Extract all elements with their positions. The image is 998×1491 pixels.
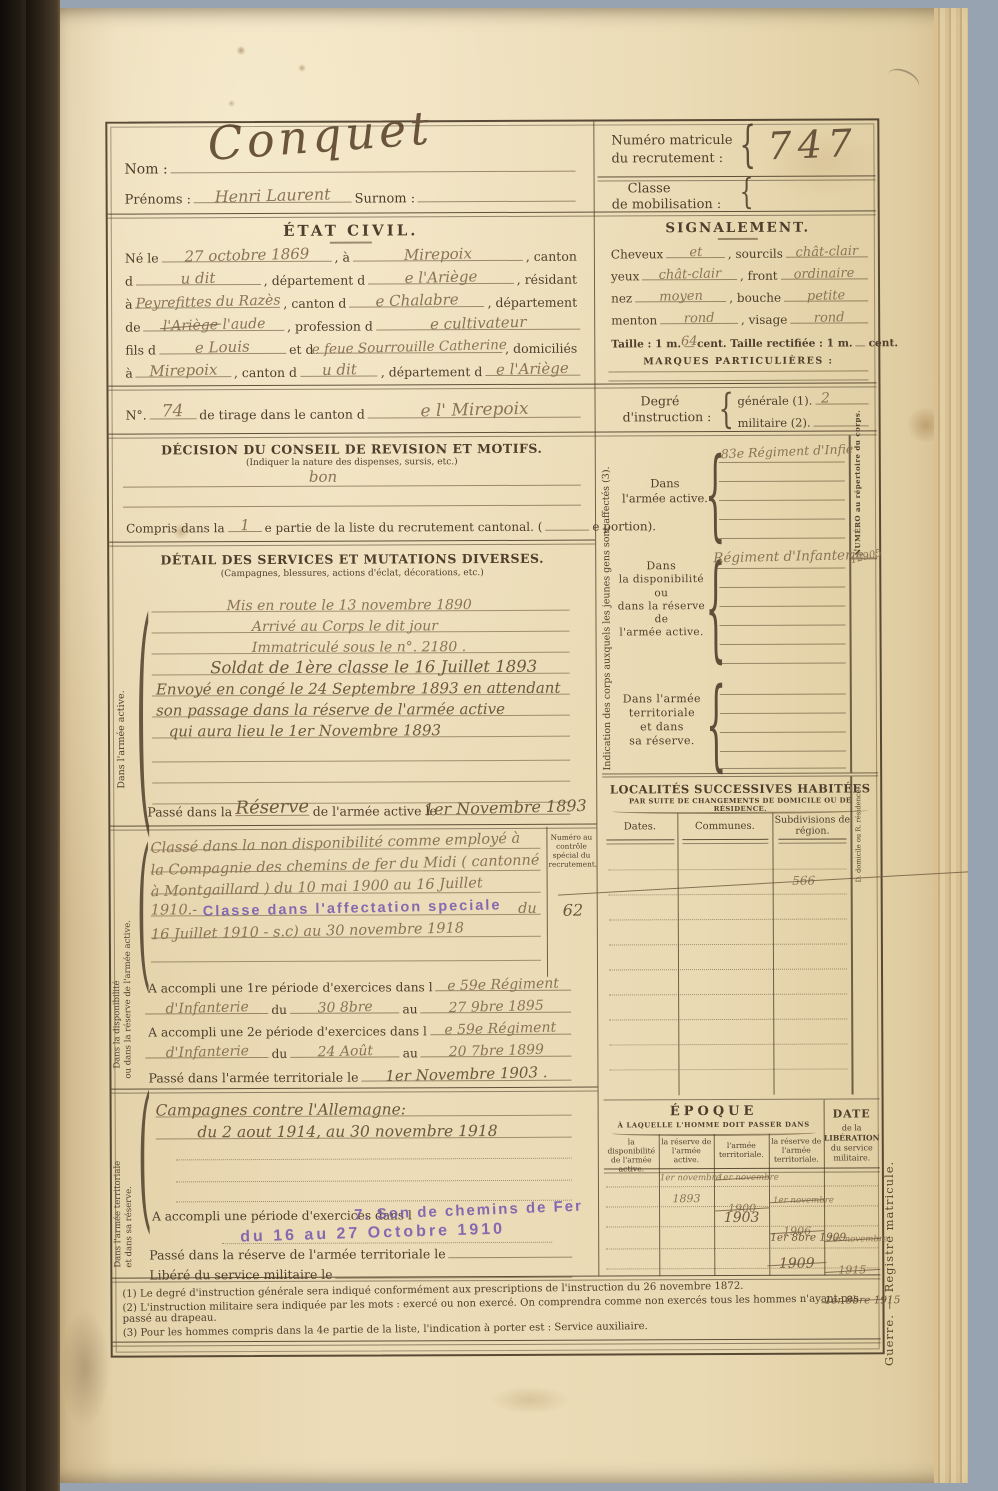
row-line bbox=[609, 1068, 847, 1070]
row-line bbox=[609, 1043, 847, 1045]
passe-reserve-label-1: Passé dans la bbox=[144, 804, 235, 819]
taille-rectifiee-label: cent. Taille rectifiée : 1 m. bbox=[694, 337, 856, 350]
marques-line-2 bbox=[608, 379, 868, 381]
corps-dispo-label-1: Dans bbox=[619, 561, 703, 571]
line bbox=[720, 731, 846, 733]
empty-line bbox=[176, 1180, 572, 1183]
ex2-value-3: 24 Août bbox=[317, 1043, 373, 1060]
domicile-departement-label: , département d bbox=[378, 364, 486, 379]
disponibilite-section: Dans la disponibilité ou dans la réserve… bbox=[110, 827, 597, 1089]
ex1-value-3: 30 8bre bbox=[317, 999, 373, 1016]
compris-label-2: e partie de la liste du recrutement cant… bbox=[262, 520, 546, 535]
profession-label: , profession d bbox=[284, 319, 376, 334]
services-subtitle: (Campagnes, blessures, actions d'éclat, … bbox=[109, 568, 595, 580]
corps-dispo-label-5: de bbox=[619, 615, 703, 625]
nez-label: nez bbox=[608, 291, 635, 305]
epoque-date-header-3: LIBÉRATION bbox=[824, 1133, 880, 1142]
canton-value: u dit bbox=[181, 269, 216, 288]
profession-field: e cultivateur bbox=[376, 314, 580, 331]
domicilies-label: , domiciliés bbox=[502, 341, 580, 356]
header-section: Nom : Conquet Prénoms : Henri Laurent Su… bbox=[107, 120, 875, 213]
instruction-generale-field: 2 bbox=[815, 388, 868, 404]
residence-departement-field: l'Ariège l'aude bbox=[144, 315, 285, 332]
corps-dispo-label-2: la disponibilité bbox=[615, 575, 707, 585]
ex2-du-label: du bbox=[269, 1047, 291, 1061]
degre-label-2: d'instruction : bbox=[623, 409, 712, 424]
instruction-militaire-label: militaire (2). bbox=[735, 416, 814, 430]
decision-value: bon bbox=[309, 468, 337, 486]
epoque-date-header-5: militaire. bbox=[824, 1153, 880, 1162]
epoque-col3-header: l'armée territoriale. bbox=[715, 1141, 768, 1159]
ex2-au-label: au bbox=[400, 1046, 421, 1060]
row-line bbox=[609, 993, 847, 995]
passe-reserve-value-1: Réserve bbox=[235, 796, 309, 819]
dispo-side-label-2: ou dans la réserve de l'armée active. bbox=[122, 839, 133, 1079]
title-dash bbox=[718, 238, 758, 240]
residence-canton-label: , canton d bbox=[280, 296, 349, 311]
epoque-col4-header: la réserve de l'armée territoriale. bbox=[770, 1137, 823, 1164]
row-line bbox=[609, 943, 847, 945]
empty-line bbox=[152, 760, 570, 784]
canton-field: u dit bbox=[136, 269, 261, 286]
book-cover-edge bbox=[26, 0, 60, 1491]
decision-title: DÉCISION DU CONSEIL DE REVISION ET MOTIF… bbox=[109, 441, 595, 458]
departement-corrected-value: l'aude bbox=[222, 316, 265, 333]
localites-col-subdivisions: Subdivisions de région. bbox=[774, 814, 850, 836]
yeux-field: chât-clair bbox=[642, 264, 737, 280]
numero-repertoire-label: NUMÉRO au répertoire du corps. bbox=[853, 443, 873, 555]
ex2-value-1: e 59e Régiment bbox=[445, 1020, 557, 1039]
departement-value: e l'Ariège bbox=[404, 267, 477, 287]
ex1-field-2: d'Infanterie bbox=[145, 998, 268, 1015]
localites-header-rule-2 bbox=[682, 839, 768, 844]
classe-brace: { bbox=[740, 176, 754, 211]
prenoms-value: Henri Laurent bbox=[215, 185, 331, 207]
scanned-register-page: Guerre. — Registre matricule. Nom : Conq… bbox=[0, 0, 998, 1491]
tirage-canton-value: e l' Mirepoix bbox=[420, 399, 529, 422]
services-section: DÉTAIL DES SERVICES ET MUTATIONS DIVERSE… bbox=[109, 547, 596, 826]
line bbox=[719, 605, 845, 607]
classe-label-1: Classe bbox=[628, 181, 671, 196]
dispo-side-label-1: Dans la disponibilité bbox=[111, 849, 122, 1069]
corps-terr-label-4: sa réserve. bbox=[616, 736, 708, 746]
visage-label: , visage bbox=[738, 313, 790, 327]
ex1-field-3: 30 8bre bbox=[290, 997, 400, 1013]
numero-tirage-field: 74 bbox=[150, 403, 197, 419]
row-line bbox=[606, 1247, 878, 1249]
line bbox=[720, 767, 846, 769]
localites-title: LOCALITÉS SUCCESSIVES HABITÉES bbox=[602, 781, 878, 796]
menton-field: rond bbox=[660, 308, 738, 324]
localites-vline-1 bbox=[677, 813, 679, 1095]
passe-reserve-field-1: Réserve bbox=[235, 800, 310, 816]
line bbox=[719, 499, 845, 501]
domicile-departement-value: e l'Ariège bbox=[496, 359, 569, 379]
taille-field: 64 bbox=[684, 331, 694, 347]
departement-de-label: de bbox=[122, 320, 143, 335]
marques-line-1 bbox=[608, 370, 868, 372]
services-title: DÉTAIL DES SERVICES ET MUTATIONS DIVERSE… bbox=[109, 551, 595, 568]
residence-value: Peyrefittes du Razès bbox=[135, 292, 280, 312]
compris-partie-field: 1 bbox=[228, 516, 262, 532]
row-line bbox=[606, 1185, 878, 1187]
corps-dispo-brace: { bbox=[705, 549, 726, 664]
corps-side-label: Indication des corps auxquels les jeunes… bbox=[601, 440, 613, 770]
passe-territoriale-label: Passé dans l'armée territoriale le bbox=[145, 1070, 361, 1086]
instruction-section: Degré d'instruction : { générale (1). 2 … bbox=[600, 386, 876, 431]
pere-field: e Louis bbox=[159, 338, 286, 355]
ex2-field-1: e 59e Régiment bbox=[430, 1019, 571, 1036]
ne-le-label: Né le bbox=[122, 250, 162, 265]
epoque-c4-v4: 1er 8bre 1909 bbox=[770, 1232, 823, 1244]
localites-header-rule-1 bbox=[606, 839, 674, 844]
tirage-canton-field: e l' Mirepoix bbox=[368, 402, 581, 419]
tirage-section: N°. 74 de tirage dans le canton d e l' M… bbox=[108, 388, 594, 434]
corps-dispo-label-6: l'armée active. bbox=[616, 628, 708, 638]
naissance-date-field: 27 octobre 1869 bbox=[162, 246, 332, 263]
residant-label: , résidant bbox=[514, 272, 580, 287]
epoque-section: ÉPOQUE À LAQUELLE L'HOMME DOIT PASSER DA… bbox=[604, 1098, 881, 1276]
ex1-field-4: 27 9bre 1895 bbox=[421, 997, 572, 1014]
signalement-title: SIGNALEMENT. bbox=[600, 219, 876, 236]
epoque-subtitle: À LAQUELLE L'HOMME DOIT PASSER DANS bbox=[604, 1121, 824, 1130]
epoque-c3-v3: 1903 bbox=[715, 1210, 768, 1226]
row-line bbox=[609, 893, 847, 895]
visage-field: rond bbox=[790, 307, 868, 323]
passe-reserve-terr-label: Passé dans la réserve de l'armée territo… bbox=[146, 1246, 448, 1262]
mere-field: e feue Sourrouille Catherine bbox=[316, 337, 502, 354]
services-side-label: Dans l'armée active. bbox=[116, 629, 128, 789]
passe-reserve-field-2: 1er Novembre 1893 bbox=[440, 799, 571, 816]
compris-portion-field bbox=[545, 515, 589, 531]
epoque-c4-v3: 1909 bbox=[770, 1256, 823, 1272]
ex2-field-4: 20 7bre 1899 bbox=[421, 1041, 572, 1058]
ex2-value-4: 20 7bre 1899 bbox=[448, 1042, 544, 1060]
numero-tirage-value: 74 bbox=[162, 401, 184, 422]
naissance-date-value: 27 octobre 1869 bbox=[184, 245, 309, 266]
classe-label-2: de mobilisation : bbox=[612, 197, 722, 212]
title-dash bbox=[330, 242, 372, 244]
corps-active-label-1: Dans bbox=[627, 476, 703, 490]
canton-label: , canton bbox=[523, 249, 580, 264]
corps-dispo-entry: Régiment d'Infanterie bbox=[713, 547, 864, 566]
epoque-date-header-4: du service bbox=[824, 1143, 880, 1152]
domicile-canton-label: , canton d bbox=[231, 365, 300, 380]
terr-side-label-1: Dans l'armée territoriale bbox=[113, 1108, 124, 1268]
matricule-form: Nom : Conquet Prénoms : Henri Laurent Su… bbox=[105, 118, 884, 1357]
naissance-lieu-field: Mirepoix bbox=[353, 245, 523, 262]
surnom-field bbox=[418, 186, 576, 203]
libere-field bbox=[336, 1262, 573, 1279]
book-spine bbox=[0, 0, 26, 1491]
territoriale-section: Dans l'armée territoriale et dans sa rés… bbox=[112, 1092, 599, 1278]
nez-value: moyen bbox=[659, 289, 703, 305]
corps-section: Indication des corps auxquels les jeunes… bbox=[601, 435, 878, 774]
passe-territoriale-field: 1er Novembre 1903 . bbox=[361, 1065, 571, 1082]
ex2-value-2: d'Infanterie bbox=[165, 1043, 249, 1061]
ex2-field-2: d'Infanterie bbox=[145, 1042, 268, 1059]
epoque-c2-v2: 1893 bbox=[660, 1192, 713, 1205]
departement-field: e l'Ariège bbox=[368, 268, 514, 285]
line bbox=[715, 567, 845, 569]
numero-tirage-label: N°. bbox=[123, 408, 150, 423]
matricule-label-1: Numéro matricule bbox=[611, 133, 732, 149]
instruction-brace: { bbox=[718, 389, 733, 430]
cent-label: cent. bbox=[866, 337, 902, 349]
row-line bbox=[609, 968, 847, 970]
a-label: , à bbox=[331, 250, 352, 265]
passe-reserve-label-2: de l'armée active le bbox=[310, 803, 440, 819]
ex2-field-3: 24 Août bbox=[290, 1041, 400, 1057]
marques-label: MARQUES PARTICULIÈRES : bbox=[600, 355, 876, 367]
epoque-col2-header: la réserve de l'armée active. bbox=[660, 1137, 713, 1164]
prenoms-field: Henri Laurent bbox=[194, 187, 352, 204]
row-line bbox=[609, 918, 847, 920]
ex1-au-label: au bbox=[399, 1002, 420, 1016]
etat-civil-title: ÉTAT CIVIL. bbox=[108, 221, 594, 241]
compris-partie-value: 1 bbox=[240, 516, 250, 534]
localites-col-dates: Dates. bbox=[602, 821, 677, 832]
visage-value: rond bbox=[814, 310, 845, 326]
domicile-value: Mirepoix bbox=[149, 360, 218, 380]
line bbox=[720, 662, 846, 664]
passe-territoriale-value: 1er Novembre 1903 . bbox=[385, 1063, 548, 1085]
mere-value: e feue Sourrouille Catherine bbox=[312, 337, 508, 358]
departement-struck-value: l'Ariège bbox=[162, 317, 218, 334]
campagnes-line-2: du 2 aout 1914, au 30 novembre 1918 bbox=[197, 1122, 497, 1141]
line bbox=[720, 750, 846, 752]
yeux-value: chât-clair bbox=[658, 266, 721, 283]
line bbox=[719, 537, 845, 539]
localites-flourish bbox=[612, 807, 868, 814]
profession-value: e cultivateur bbox=[430, 313, 527, 333]
taille-rectifiee-field bbox=[856, 330, 866, 346]
nez-field: moyen bbox=[635, 286, 726, 302]
localites-header-rule-3 bbox=[778, 838, 846, 843]
numero-strip-border bbox=[849, 435, 852, 772]
prenoms-label: Prénoms : bbox=[122, 192, 194, 207]
front-field: ordinaire bbox=[781, 263, 868, 279]
compris-label-1: Compris dans la bbox=[123, 521, 228, 535]
empty-line bbox=[176, 1158, 572, 1161]
libere-label: Libéré du service militaire le bbox=[146, 1267, 335, 1283]
epoque-c5-v1: 1er novembre bbox=[827, 1234, 877, 1244]
front-value: ordinaire bbox=[794, 266, 855, 283]
corps-terr-label-3: et dans bbox=[616, 722, 708, 732]
paper-page: Guerre. — Registre matricule. Nom : Conq… bbox=[60, 8, 968, 1483]
localites-vline-2 bbox=[772, 813, 774, 1095]
front-label: , front bbox=[737, 269, 781, 283]
ex1-value-2: d'Infanterie bbox=[165, 999, 249, 1017]
dispo-paren: ( bbox=[136, 834, 151, 1000]
footnotes-section: (1) Le degré d'instruction générale sera… bbox=[122, 1275, 873, 1339]
localites-col-communes: Communes. bbox=[677, 821, 772, 832]
domicile-canton-value: u dit bbox=[321, 360, 356, 379]
line bbox=[720, 693, 846, 695]
epoque-c2-v1: 1er novembre bbox=[660, 1173, 713, 1183]
corps-terr-label-1: Dans l'armée bbox=[616, 694, 708, 704]
epoque-title: ÉPOQUE bbox=[604, 1104, 824, 1120]
decision-bottom-rule bbox=[109, 540, 595, 547]
passe-reserve-terr-field bbox=[449, 1242, 573, 1259]
surnom-label: Surnom : bbox=[352, 191, 419, 206]
matricule-value: 747 bbox=[767, 121, 859, 169]
residence-departement-label: , département bbox=[485, 295, 581, 310]
corps-dispo-label-3: ou bbox=[619, 589, 703, 599]
chemins-fer-stamp-1: 7. Son de chemins de Fer bbox=[354, 1198, 583, 1224]
ex1-value-1: e 59e Régiment bbox=[447, 976, 559, 995]
ex1-value-4: 27 9bre 1895 bbox=[448, 998, 544, 1016]
line bbox=[719, 586, 845, 588]
sourcils-value: chât-clair bbox=[795, 244, 858, 261]
residence-field: Peyrefittes du Razès bbox=[136, 292, 281, 309]
epoque-date-header-2: de la bbox=[824, 1123, 880, 1132]
ex1-label: A accompli une 1re période d'exercices d… bbox=[145, 980, 436, 995]
menton-label: menton bbox=[608, 313, 660, 327]
localites-col-dr: D. domicile ou R. résidence. bbox=[854, 812, 862, 882]
ex1-field-1: e 59e Régiment bbox=[436, 975, 572, 992]
decision-section: DÉCISION DU CONSEIL DE REVISION ET MOTIF… bbox=[109, 437, 595, 542]
domicile-canton-field: u dit bbox=[300, 361, 378, 377]
form-bottom-inner-rule bbox=[113, 1338, 881, 1346]
departement-label: , département d bbox=[261, 273, 369, 288]
ex1-du-label: du bbox=[268, 1003, 290, 1017]
localites-section: LOCALITÉS SUCCESSIVES HABITÉES PAR SUITE… bbox=[602, 775, 879, 1095]
bouche-label: , bouche bbox=[726, 291, 784, 305]
empty-line bbox=[151, 939, 541, 963]
corps-active-entry: 83e Régiment d'Infie bbox=[721, 441, 854, 461]
line bbox=[719, 480, 845, 482]
taille-label: Taille : 1 m. bbox=[608, 338, 684, 350]
controle-value: 62 bbox=[563, 901, 583, 920]
cheveux-field: et bbox=[666, 242, 725, 258]
degre-label-1: Degré bbox=[640, 393, 679, 408]
cheveux-label: Cheveux bbox=[608, 247, 666, 261]
matricule-label-2: du recrutement : bbox=[611, 151, 723, 166]
bouche-field: petite bbox=[784, 285, 868, 301]
line bbox=[720, 712, 846, 714]
sourcils-label: , sourcils bbox=[725, 247, 786, 261]
line bbox=[720, 643, 846, 645]
corps-terr-label-2: territoriale bbox=[616, 708, 708, 718]
residence-a-label: à bbox=[122, 297, 136, 312]
row-line bbox=[609, 1018, 847, 1020]
epoque-c3-v1: 1er novembre bbox=[718, 1173, 766, 1183]
pere-value: e Louis bbox=[195, 337, 250, 356]
terr-paren: ( bbox=[137, 1082, 152, 1240]
bouche-value: petite bbox=[807, 288, 846, 304]
nom-label: Nom : bbox=[121, 161, 170, 177]
tirage-canton-label: de tirage dans le canton d bbox=[196, 407, 368, 423]
canton-d-label: d bbox=[122, 274, 136, 289]
naissance-lieu-value: Mirepoix bbox=[404, 244, 473, 264]
residence-canton-value: e Chalabre bbox=[375, 290, 459, 310]
decision-line-2 bbox=[123, 505, 581, 508]
domicile-departement-field: e l'Ariège bbox=[485, 360, 580, 376]
residence-canton-field: e Chalabre bbox=[349, 291, 484, 308]
empty-line bbox=[152, 739, 570, 763]
instruction-generale-value: 2 bbox=[821, 390, 830, 406]
instruction-generale-label: générale (1). bbox=[735, 394, 816, 408]
matricule-brace: { bbox=[739, 121, 756, 170]
epoque-date-header-1: DATE bbox=[824, 1107, 880, 1120]
domicile-a-label: à bbox=[122, 366, 136, 381]
taille-value: 64 bbox=[681, 334, 698, 349]
fils-de-label: fils d bbox=[122, 342, 159, 357]
sourcils-field: chât-clair bbox=[786, 241, 868, 257]
signalement-section: SIGNALEMENT. Cheveux et , sourcils chât-… bbox=[600, 215, 877, 383]
decision-subtitle: (Indiquer la nature des dispenses, sursi… bbox=[109, 457, 595, 469]
corps-terr-brace: { bbox=[706, 674, 727, 773]
terr-side-label-2: et dans sa réserve. bbox=[124, 1108, 135, 1268]
cheveux-value: et bbox=[689, 245, 702, 260]
line bbox=[719, 461, 845, 463]
corps-dispo-label-4: dans la réserve bbox=[615, 602, 707, 612]
menton-value: rond bbox=[684, 311, 715, 327]
controle-header: Numéro au contrôle spécial du recrutemen… bbox=[548, 833, 594, 869]
row-line bbox=[609, 868, 847, 870]
line bbox=[720, 624, 846, 626]
ex2-label: A accompli une 2e période d'exercices da… bbox=[145, 1024, 430, 1039]
domicile-field: Mirepoix bbox=[136, 361, 231, 377]
localites-vline-3 bbox=[850, 776, 853, 1094]
pencil-mark bbox=[883, 64, 923, 98]
line bbox=[719, 518, 845, 520]
corps-active-label-2: l'armée active. bbox=[619, 491, 711, 505]
etat-civil-section: ÉTAT CIVIL. Né le 27 octobre 1869 , à Mi… bbox=[108, 217, 595, 386]
decision-line-1 bbox=[123, 485, 581, 488]
service-line-7: qui aura lieu le 1er Novembre 1893 bbox=[169, 721, 441, 740]
page-edges bbox=[934, 8, 968, 1483]
yeux-label: yeux bbox=[608, 269, 642, 283]
epoque-c4-v1: 1er novembre bbox=[773, 1196, 821, 1206]
passe-reserve-value-2: 1er Novembre 1893 bbox=[423, 796, 586, 819]
